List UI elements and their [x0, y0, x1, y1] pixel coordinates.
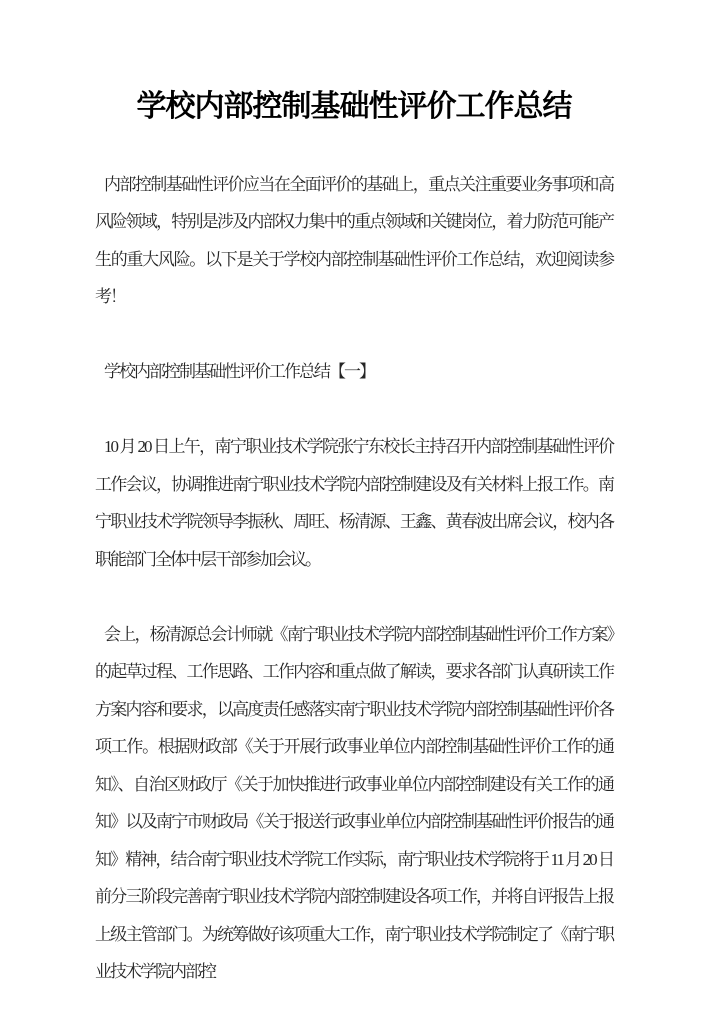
- section-heading: 学校内部控制基础性评价工作总结【一】: [95, 353, 613, 391]
- document-title: 学校内部控制基础性评价工作总结: [95, 86, 613, 128]
- body-paragraph-meeting: 10 月 20 日上午，南宁职业技术学院张宁东校长主持召开内部控制基础性评价工作…: [95, 428, 613, 578]
- document-page: 学校内部控制基础性评价工作总结 内部控制基础性评价应当在全面评价的基础上，重点关…: [0, 0, 721, 1020]
- body-paragraph-plan: 会上，杨清源总会计师就《南宁职业技术学院内部控制基础性评价工作方案》的起草过程、…: [95, 616, 613, 991]
- intro-paragraph: 内部控制基础性评价应当在全面评价的基础上，重点关注重要业务事项和高风险领域，特别…: [95, 166, 613, 316]
- document-content: 学校内部控制基础性评价工作总结 内部控制基础性评价应当在全面评价的基础上，重点关…: [95, 0, 613, 991]
